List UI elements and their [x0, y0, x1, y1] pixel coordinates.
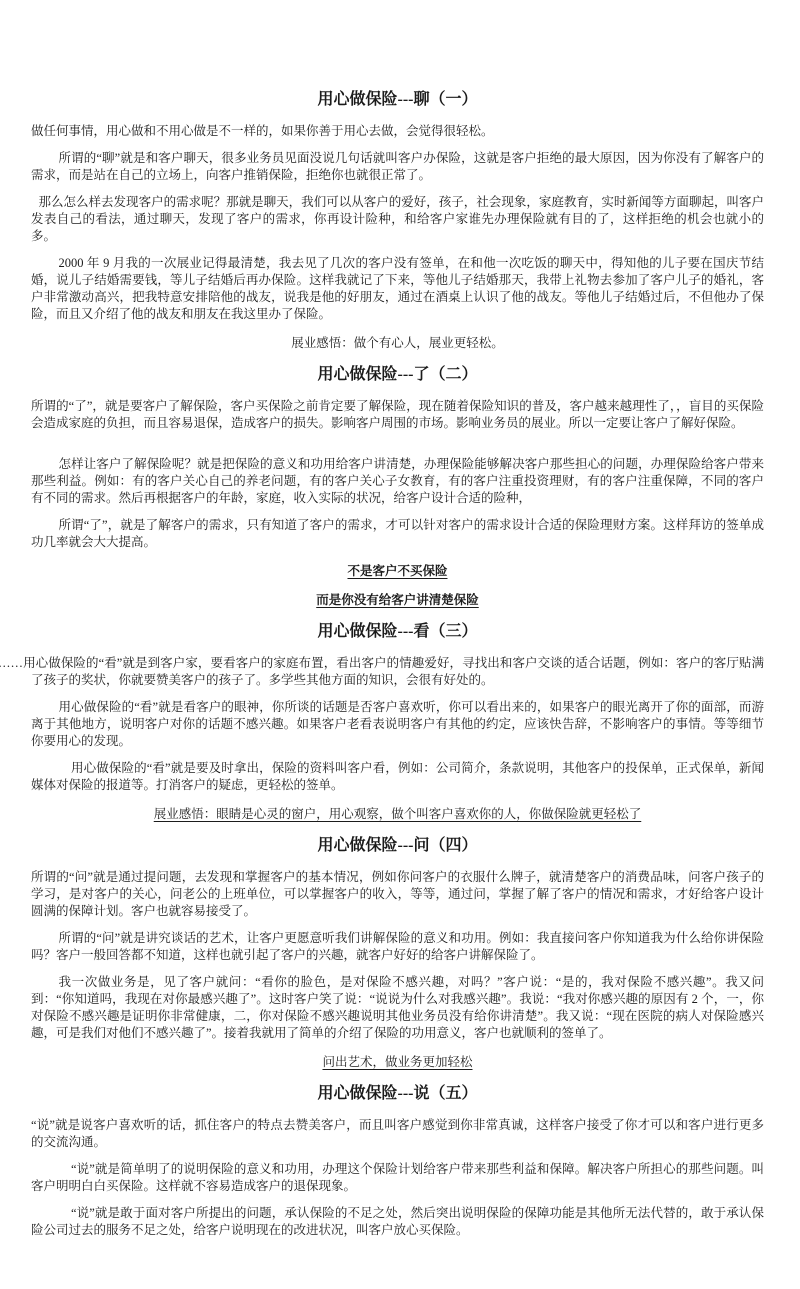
section-title-2: 用心做保险---了（二）: [31, 365, 764, 385]
paragraph: 2000 年 9 月我的一次展业记得最清楚，我去见了几次的客户没有签单，在和他一…: [31, 255, 764, 323]
paragraph: ……用心做保险的“看”就是到客户家，要看客户的家庭布置，看出客户的情趣爱好，寻找…: [31, 655, 764, 689]
paragraph: 所谓的“聊”就是和客户聊天，很多业务员见面没说几句话就叫客户办保险，这就是客户拒…: [31, 150, 764, 184]
paragraph: 我一次做业务是，见了客户就问：“看你的脸色，是对保险不感兴趣，对吗？”客户说：“…: [31, 974, 764, 1042]
paragraph: 怎样让客户了解保险呢？就是把保险的意义和功用给客户讲清楚，办理保险能够解决客户那…: [31, 456, 764, 507]
section-title-5: 用心做保险---说（五）: [31, 1084, 764, 1104]
paragraph: 所谓“了”，就是了解客户的需求，只有知道了客户的需求，才可以针对客户的需求设计合…: [31, 517, 764, 551]
slogan-line: 问出艺术，做业务更加轻松: [31, 1054, 764, 1071]
paragraph: 用心做保险的“看”就是要及时拿出，保险的资料叫客户看，例如：公司简介，条款说明，…: [31, 760, 764, 794]
slogan-line: 不是客户不买保险: [31, 563, 764, 580]
paragraph: 所谓的“问”就是通过提问题，去发现和掌握客户的基本情况，例如你问客户的衣服什么牌…: [31, 869, 764, 920]
section-title-4: 用心做保险---问（四）: [31, 836, 764, 856]
section-title-1: 用心做保险---聊（一）: [31, 90, 764, 110]
paragraph: “说”就是说客户喜欢听的话，抓住客户的特点去赞美客户，而且叫客户感觉到你非常真诚…: [31, 1117, 764, 1151]
paragraph: 所谓的“了”，就是要客户了解保险，客户买保险之前肯定要了解保险，现在随着保险知识…: [31, 398, 764, 432]
insight-line: 展业感悟：做个有心人，展业更轻松。: [31, 335, 764, 352]
paragraph: 那么怎么样去发现客户的需求呢？那就是聊天，我们可以从客户的爱好，孩子，社会现象，…: [31, 194, 764, 245]
slogan-line: 而是你没有给客户讲清楚保险: [31, 592, 764, 609]
paragraph: 所谓的“问”就是讲究谈话的艺术，让客户更愿意听我们讲解保险的意义和功用。例如：我…: [31, 930, 764, 964]
paragraph: “说”就是敢于面对客户所提出的问题，承认保险的不足之处，然后突出说明保险的保障功…: [31, 1205, 764, 1239]
document-page: 用心做保险---聊（一） 做任何事情，用心做和不用心做是不一样的，如果你善于用心…: [0, 0, 800, 1289]
paragraph: 做任何事情，用心做和不用心做是不一样的，如果你善于用心去做，会觉得很轻松。: [31, 123, 764, 140]
paragraph: “说”就是简单明了的说明保险的意义和功用，办理这个保险计划给客户带来那些利益和保…: [31, 1161, 764, 1195]
insight-line: 展业感悟：眼睛是心灵的窗户，用心观察，做个叫客户喜欢你的人，你做保险就更轻松了: [31, 806, 764, 823]
paragraph: 用心做保险的“看”就是看客户的眼神，你所谈的话题是否客户喜欢听，你可以看出来的，…: [31, 699, 764, 750]
section-title-3: 用心做保险---看（三）: [31, 622, 764, 642]
